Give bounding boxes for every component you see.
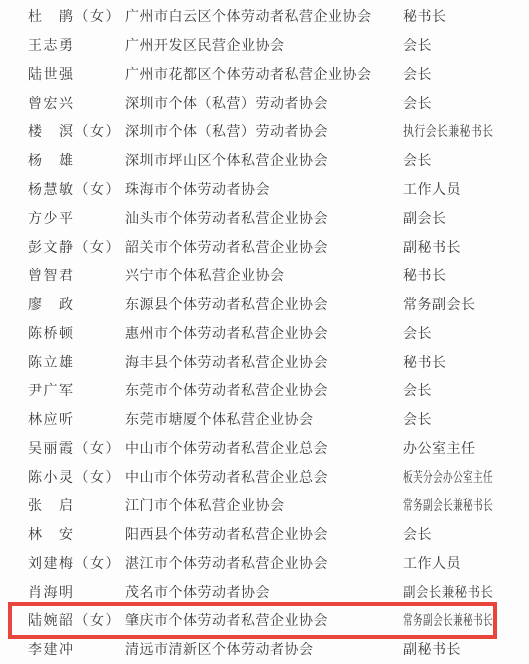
organization-cell: 深圳市坪山区个体私营企业协会 [125,150,403,170]
name-cell: 彭文静（女） [28,237,125,257]
title-text: 执行会长兼秘书长 [403,121,493,141]
title-cell: 会长 [403,524,529,544]
organization-cell: 广州开发区民营企业协会 [125,35,403,55]
title-cell: 会长 [403,323,529,343]
name-cell: 曾智君 [28,265,125,285]
organization-cell: 江门市个体私营企业协会 [125,495,403,515]
table-row: 李建冲 清远市清新区个体劳动者协会 副秘书长 [0,635,529,664]
name-cell: 杜 鹃（女） [28,6,125,26]
name-cell: 肖海明 [28,582,125,602]
title-text: 会长 [403,524,432,544]
name-cell: 方少平 [28,208,125,228]
title-text: 工作人员 [403,179,461,199]
title-text: 副会长兼秘书长 [403,582,493,602]
document-page: 杜 鹃（女） 广州市白云区个体劳动者私营企业协会 秘书长 王志勇 广州开发区民营… [0,0,529,664]
name-cell: 陆世强 [28,64,125,84]
title-text: 常务副会长兼秘书长 [403,610,493,630]
organization-cell: 肇庆市个体劳动者私营企业协会 [125,610,403,630]
title-cell: 会长 [403,380,529,400]
title-text: 秘书长 [403,352,447,372]
roster-table: 杜 鹃（女） 广州市白云区个体劳动者私营企业协会 秘书长 王志勇 广州开发区民营… [0,2,529,664]
title-cell: 工作人员 [403,553,529,573]
organization-cell: 深圳市个体（私营）劳动者协会 [125,121,403,141]
organization-cell: 茂名市个体劳动者协会 [125,582,403,602]
title-cell: 副秘书长 [403,237,529,257]
name-cell: 吴丽霞（女） [28,438,125,458]
name-cell: 尹广军 [28,380,125,400]
table-row: 廖 政 东源县个体劳动者私营企业协会 常务副会长 [0,290,529,319]
title-text: 工作人员 [403,553,461,573]
title-cell: 会长 [403,35,529,55]
name-cell: 楼 溟（女） [28,121,125,141]
title-text: 常务副会长 [403,294,476,314]
title-text: 会长 [403,150,432,170]
name-cell: 杨 雄 [28,150,125,170]
organization-cell: 东莞市个体劳动者私营企业协会 [125,380,403,400]
name-cell: 廖 政 [28,294,125,314]
name-cell: 李建冲 [28,639,125,659]
table-row: 彭文静（女） 韶关市个体劳动者私营企业协会 副秘书长 [0,232,529,261]
table-row: 曾宏兴 深圳市个体（私营）劳动者协会 会长 [0,88,529,117]
table-row: 曾智君 兴宁市个体私营企业协会 秘书长 [0,261,529,290]
name-cell: 杨慧敏（女） [28,179,125,199]
organization-cell: 海丰县个体劳动者私营企业协会 [125,352,403,372]
name-cell: 张 启 [28,495,125,515]
organization-cell: 深圳市个体（私营）劳动者协会 [125,93,403,113]
title-text: 会长 [403,380,432,400]
organization-cell: 兴宁市个体私营企业协会 [125,265,403,285]
organization-cell: 珠海市个体劳动者协会 [125,179,403,199]
title-text: 副秘书长 [403,237,461,257]
title-cell: 会长 [403,64,529,84]
title-cell: 副会长兼秘书长 [403,582,529,602]
title-cell: 常务副会长兼秘书长 [403,610,529,630]
title-cell: 副秘书长 [403,639,529,659]
organization-cell: 阳西县个体劳动者私营企业协会 [125,524,403,544]
title-cell: 秘书长 [403,352,529,372]
title-cell: 会长 [403,409,529,429]
title-text: 副会长 [403,208,447,228]
title-text: 常务副会长兼秘书长 [403,495,493,515]
title-text: 会长 [403,35,432,55]
title-cell: 秘书长 [403,6,529,26]
table-row: 林应听 东莞市塘厦个体私营企业协会 会长 [0,405,529,434]
name-cell: 陈桥顿 [28,323,125,343]
title-text: 副秘书长 [403,639,461,659]
organization-cell: 东莞市塘厦个体私营企业协会 [125,409,403,429]
table-row: 肖海明 茂名市个体劳动者协会 副会长兼秘书长 [0,577,529,606]
name-cell: 陈小灵（女） [28,467,125,487]
title-cell: 工作人员 [403,179,529,199]
table-row: 杜 鹃（女） 广州市白云区个体劳动者私营企业协会 秘书长 [0,2,529,31]
organization-cell: 广州市白云区个体劳动者私营企业协会 [125,6,403,26]
title-cell: 板芙分会办公室主任 [403,467,529,487]
table-row: 陆世强 广州市花都区个体劳动者私营企业协会 会长 [0,60,529,89]
name-cell: 陈立雄 [28,352,125,372]
organization-cell: 韶关市个体劳动者私营企业协会 [125,237,403,257]
table-row: 陈立雄 海丰县个体劳动者私营企业协会 秘书长 [0,347,529,376]
table-row: 刘建梅（女） 湛江市个体劳动者私营企业协会 工作人员 [0,549,529,578]
title-text: 秘书长 [403,265,447,285]
name-cell: 陆婉韶（女） [28,610,125,630]
title-text: 会长 [403,93,432,113]
title-cell: 常务副会长兼秘书长 [403,495,529,515]
table-row: 楼 溟（女） 深圳市个体（私营）劳动者协会 执行会长兼秘书长 [0,117,529,146]
table-row: 陆婉韶（女） 肇庆市个体劳动者私营企业协会 常务副会长兼秘书长 [0,606,529,635]
organization-cell: 汕头市个体劳动者私营企业协会 [125,208,403,228]
title-text: 办公室主任 [403,438,476,458]
title-text: 秘书长 [403,6,447,26]
title-cell: 副会长 [403,208,529,228]
title-cell: 办公室主任 [403,438,529,458]
organization-cell: 中山市个体劳动者私营企业总会 [125,438,403,458]
title-cell: 执行会长兼秘书长 [403,121,529,141]
table-row: 杨慧敏（女） 珠海市个体劳动者协会 工作人员 [0,175,529,204]
table-row: 吴丽霞（女） 中山市个体劳动者私营企业总会 办公室主任 [0,433,529,462]
name-cell: 曾宏兴 [28,93,125,113]
title-cell: 秘书长 [403,265,529,285]
organization-cell: 清远市清新区个体劳动者协会 [125,639,403,659]
table-row: 张 启 江门市个体私营企业协会 常务副会长兼秘书长 [0,491,529,520]
name-cell: 刘建梅（女） [28,553,125,573]
name-cell: 王志勇 [28,35,125,55]
title-cell: 会长 [403,150,529,170]
name-cell: 林应听 [28,409,125,429]
table-row: 林 安 阳西县个体劳动者私营企业协会 会长 [0,520,529,549]
table-row: 陈小灵（女） 中山市个体劳动者私营企业总会 板芙分会办公室主任 [0,462,529,491]
table-row: 杨 雄 深圳市坪山区个体私营企业协会 会长 [0,146,529,175]
title-cell: 常务副会长 [403,294,529,314]
title-text: 会长 [403,323,432,343]
title-cell: 会长 [403,93,529,113]
title-text: 会长 [403,64,432,84]
title-text: 会长 [403,409,432,429]
organization-cell: 广州市花都区个体劳动者私营企业协会 [125,64,403,84]
title-text: 板芙分会办公室主任 [403,467,493,487]
table-row: 王志勇 广州开发区民营企业协会 会长 [0,31,529,60]
table-row: 方少平 汕头市个体劳动者私营企业协会 副会长 [0,203,529,232]
table-row: 尹广军 东莞市个体劳动者私营企业协会 会长 [0,376,529,405]
table-row: 陈桥顿 惠州市个体劳动者私营企业协会 会长 [0,318,529,347]
name-cell: 林 安 [28,524,125,544]
organization-cell: 惠州市个体劳动者私营企业协会 [125,323,403,343]
organization-cell: 东源县个体劳动者私营企业协会 [125,294,403,314]
organization-cell: 中山市个体劳动者私营企业总会 [125,467,403,487]
organization-cell: 湛江市个体劳动者私营企业协会 [125,553,403,573]
